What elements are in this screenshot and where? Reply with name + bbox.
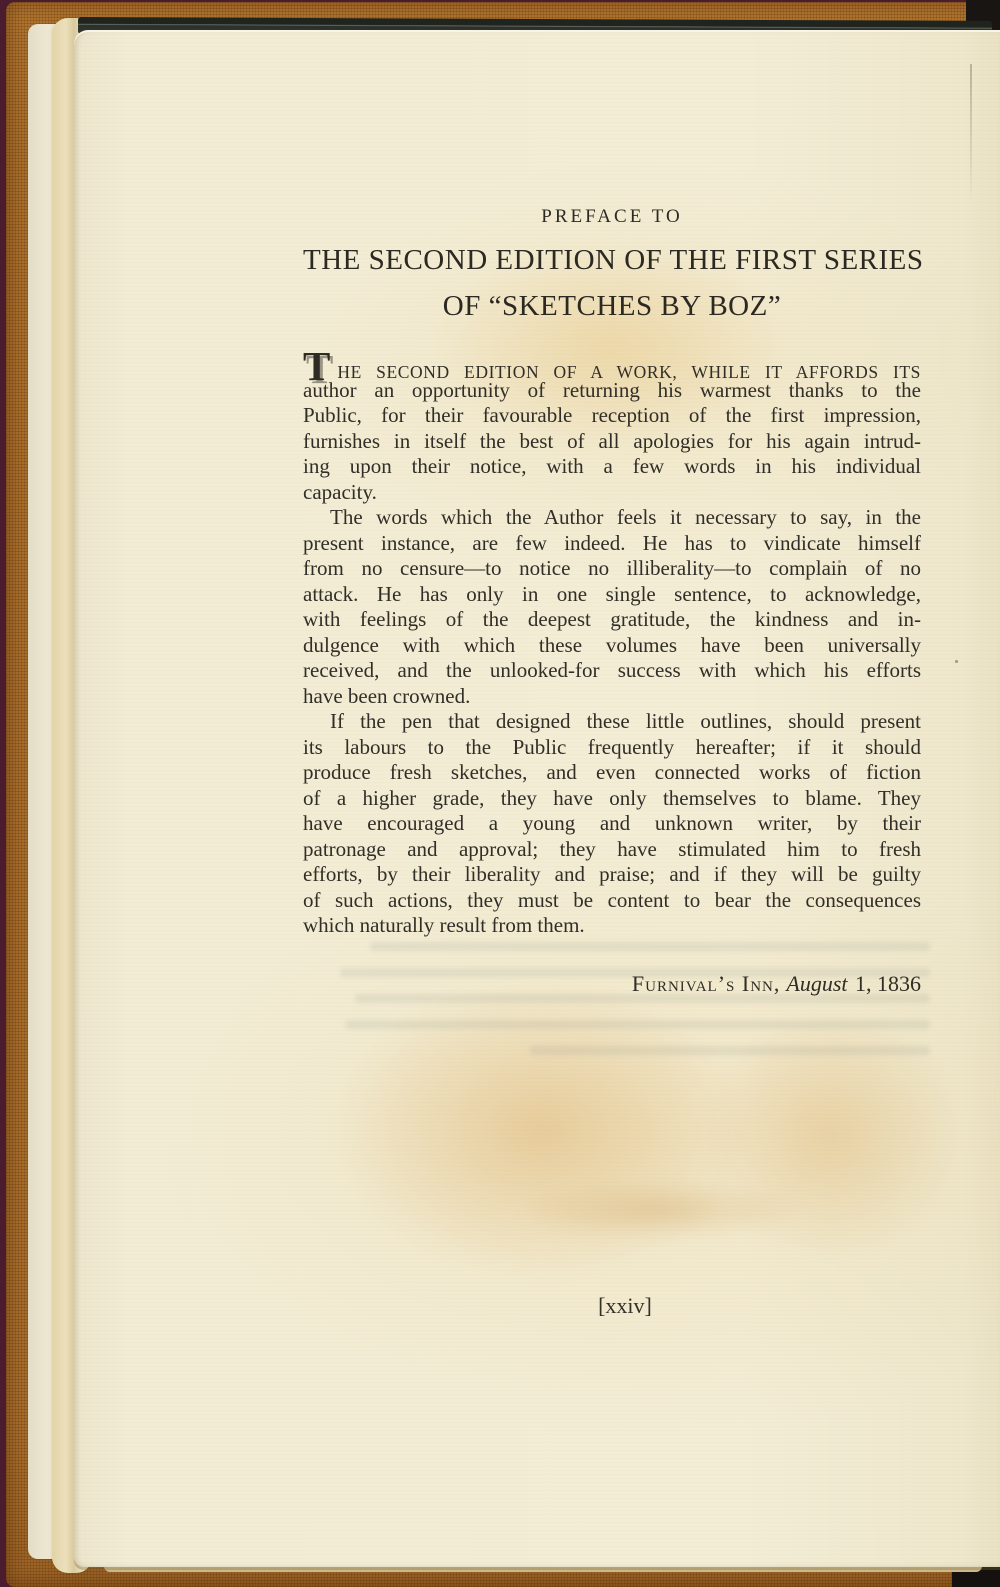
text-line: of a higher grade, they have only themse… — [303, 786, 921, 812]
text-line: from no censure—to notice no illiberalit… — [303, 556, 921, 582]
text-line: If the pen that designed these little ou… — [303, 709, 921, 735]
text-line: have encouraged a young and unknown writ… — [303, 811, 921, 837]
text-line: ing upon their notice, with a few words … — [303, 454, 921, 480]
text-line: its labours to the Public frequently her… — [303, 735, 921, 761]
paper-speck — [955, 660, 958, 663]
text-line: received, and the unlooked-for success w… — [303, 658, 921, 684]
signature-month-italic: August — [780, 971, 849, 996]
text-line: have been crowned. — [303, 684, 921, 710]
dropcap-initial: T — [303, 354, 330, 379]
text-line: capacity. — [303, 480, 921, 506]
text-line: attack. He has only in one single senten… — [303, 582, 921, 608]
paragraph-3: If the pen that designed these little ou… — [303, 709, 921, 939]
page-title-line2: OF “SKETCHES BY BOZ” — [303, 290, 921, 323]
page-number-folio: [xxiv] — [303, 1293, 921, 1319]
page-fold-shadow — [970, 64, 972, 204]
preface-kicker: PREFACE TO — [303, 206, 921, 228]
printed-text-block: PREFACE TO THE SECOND EDITION OF THE FIR… — [303, 0, 921, 1587]
text-line: efforts, by their liberality and praise;… — [303, 862, 921, 888]
text-line: Public, for their favourable reception o… — [303, 403, 921, 429]
body-text: T HE SECOND EDITION OF A WORK, WHILE IT … — [303, 352, 921, 939]
signature-line: Furnival’s Inn,August 1, 1836 — [632, 971, 921, 997]
book-photo: { "page": { "kicker": "PREFACE TO", "tit… — [0, 0, 1000, 1587]
text-line: patronage and approval; they have stimul… — [303, 837, 921, 863]
paragraph-1: T HE SECOND EDITION OF A WORK, WHILE IT … — [303, 352, 921, 505]
text-line: produce fresh sketches, and even connect… — [303, 760, 921, 786]
text-line: with feelings of the deepest gratitude, … — [303, 607, 921, 633]
text-line: dulgence with which these volumes have b… — [303, 633, 921, 659]
text-line: which naturally result from them. — [303, 913, 921, 939]
signature-date: 1, 1836 — [855, 971, 921, 996]
page-title-line1: THE SECOND EDITION OF THE FIRST SERIES — [303, 244, 921, 277]
paragraph-1-lines: author an opportunity of returning his w… — [303, 378, 921, 506]
paragraph-2: The words which the Author feels it nece… — [303, 505, 921, 709]
text-line: The words which the Author feels it nece… — [303, 505, 921, 531]
text-line: author an opportunity of returning his w… — [303, 378, 921, 404]
paragraph-1-first-line: T HE SECOND EDITION OF A WORK, WHILE IT … — [303, 352, 921, 378]
text-line: present instance, are few indeed. He has… — [303, 531, 921, 557]
text-line: of such actions, they must be content to… — [303, 888, 921, 914]
signature-place: Furnival’s Inn, — [632, 971, 780, 996]
text-line: furnishes in itself the best of all apol… — [303, 429, 921, 455]
